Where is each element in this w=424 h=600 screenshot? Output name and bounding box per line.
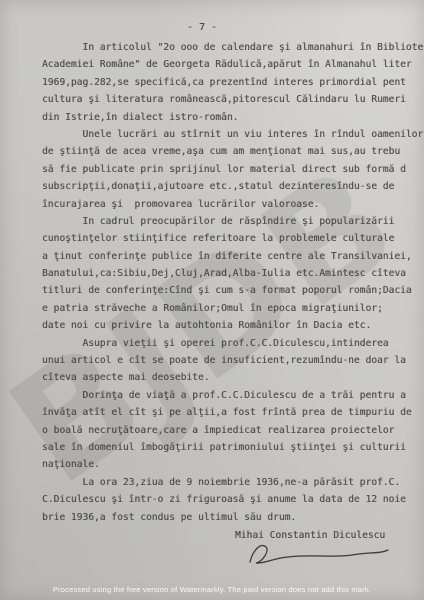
text-line: naţionale. bbox=[42, 456, 424, 473]
text-line: brie 1936,a fost condus pe ultimul său d… bbox=[42, 509, 424, 526]
text-line: In articolul "2o ooo de calendare şi alm… bbox=[42, 39, 424, 56]
text-line: o boală necruţătoare,care a împiedicat r… bbox=[42, 422, 424, 439]
page-number: - 7 - bbox=[0, 21, 404, 35]
text-line: 1969,pag.282,se specifică,ca prezentînd … bbox=[42, 74, 424, 91]
footer-watermark: Processed using the free version of Wate… bbox=[0, 585, 424, 594]
scanned-page: BJDB - 7 - In articolul "2o ooo de calen… bbox=[0, 0, 424, 600]
text-line: Asupra vieţii şi operei prof.C.C.Dicules… bbox=[42, 335, 424, 352]
text-line: e patria străveche a Românilor;Omul în e… bbox=[42, 300, 424, 317]
text-line: a ţinut conferinţe publice în diferite c… bbox=[42, 248, 424, 265]
text-line: Banatului,ca:Sibiu,Dej,Cluj,Arad,Alba-Iu… bbox=[42, 265, 424, 282]
text-line: sale în domeniul îmbogăţirii patrimoniul… bbox=[42, 439, 424, 456]
text-line: titluri de conferinţe:Cînd şi cum s-a fo… bbox=[42, 282, 424, 299]
text-line: date noi cu privire la autohtonia Români… bbox=[42, 317, 424, 334]
document-body: In articolul "2o ooo de calendare şi alm… bbox=[42, 39, 424, 526]
text-line: Dorinţa de viaţă a prof.C.C.Diculescu de… bbox=[42, 387, 424, 404]
text-line: să fie publicate prin sprijinul lor mate… bbox=[42, 161, 424, 178]
text-line: din Istrie,în dialect istro-român. bbox=[42, 109, 424, 126]
text-line: cunoştinţelor stiinţifice referitoare la… bbox=[42, 230, 424, 247]
text-line: cultura şi literatura românească,pitores… bbox=[42, 91, 424, 108]
text-line: In cadrul preocupărilor de răspîndire şi… bbox=[42, 213, 424, 230]
text-line: Academiei Române" de Georgeta Rădulică,a… bbox=[42, 56, 424, 73]
text-line: încurajarea şi promovarea lucrărilor val… bbox=[42, 196, 424, 213]
text-line: La ora 23,ziua de 9 noiembrie 1936,ne-a … bbox=[42, 474, 424, 491]
text-line: învăţa atît el cît şi pe alţii,a fost fr… bbox=[42, 404, 424, 421]
text-line: subscripţii,donaţii,ajutoare etc.,statul… bbox=[42, 178, 424, 195]
text-line: C.Diculescu şi într-o zi friguroasă şi a… bbox=[42, 491, 424, 508]
signature-mark bbox=[240, 538, 392, 568]
text-line: cîteva aspecte mai deosebite. bbox=[42, 369, 424, 386]
text-line: de ştiinţă de acea vreme,aşa cum am menţ… bbox=[42, 143, 424, 160]
text-line: Unele lucrări au stîrnit un viu interes … bbox=[42, 126, 424, 143]
text-line: unui articol e cît se poate de insuficie… bbox=[42, 352, 424, 369]
